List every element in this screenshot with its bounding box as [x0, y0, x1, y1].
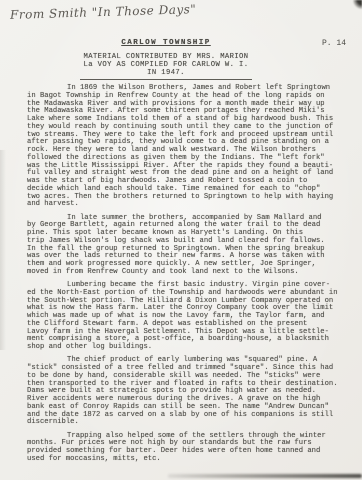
- paragraph: Trapping also helped some of the settler…: [27, 433, 357, 464]
- handwritten-annotation: From Smith "In Those Days": [10, 2, 197, 22]
- paragraph: In 1869 the Wilson Brothers, James and R…: [27, 85, 357, 209]
- subtitle-line: La VOY AS COMPILED FOR CARLOW W. I.: [84, 61, 249, 69]
- document-subtitle: MATERIAL CONTRIBUTED BY MRS. MARIONLa VO…: [0, 53, 332, 80]
- document-title: CARLOW TOWNSHIP: [0, 39, 332, 47]
- scanned-document-page: From Smith "In Those Days" CARLOW TOWNSH…: [0, 0, 362, 480]
- scan-artifact-corner: [353, 0, 362, 9]
- page-number: P. 14: [322, 39, 346, 48]
- typewritten-body: In 1869 the Wilson Brothers, James and R…: [27, 85, 357, 469]
- paragraph: The chief product of early lumbering was…: [27, 357, 357, 427]
- document-subtitle-block: MATERIAL CONTRIBUTED BY MRS. MARIONLa VO…: [80, 53, 253, 80]
- text-line: moved in from Renfrew County and took la…: [27, 269, 357, 277]
- text-line: shop and other log buildings.: [27, 344, 357, 352]
- paragraph: In late summer the brothers, accompanied…: [27, 215, 357, 277]
- paragraph: Lumbering became the first basic industr…: [27, 282, 357, 352]
- subtitle-line: IN 1947.: [84, 69, 249, 77]
- text-line: discernible.: [27, 419, 357, 427]
- text-line: used for moccasins, mitts, etc.: [27, 456, 357, 464]
- scan-artifact-bottom-edge: [168, 474, 362, 478]
- scan-edge-smudge: [0, 150, 6, 350]
- subtitle-line: MATERIAL CONTRIBUTED BY MRS. MARION: [84, 53, 249, 61]
- text-line: and harvest.: [27, 201, 357, 209]
